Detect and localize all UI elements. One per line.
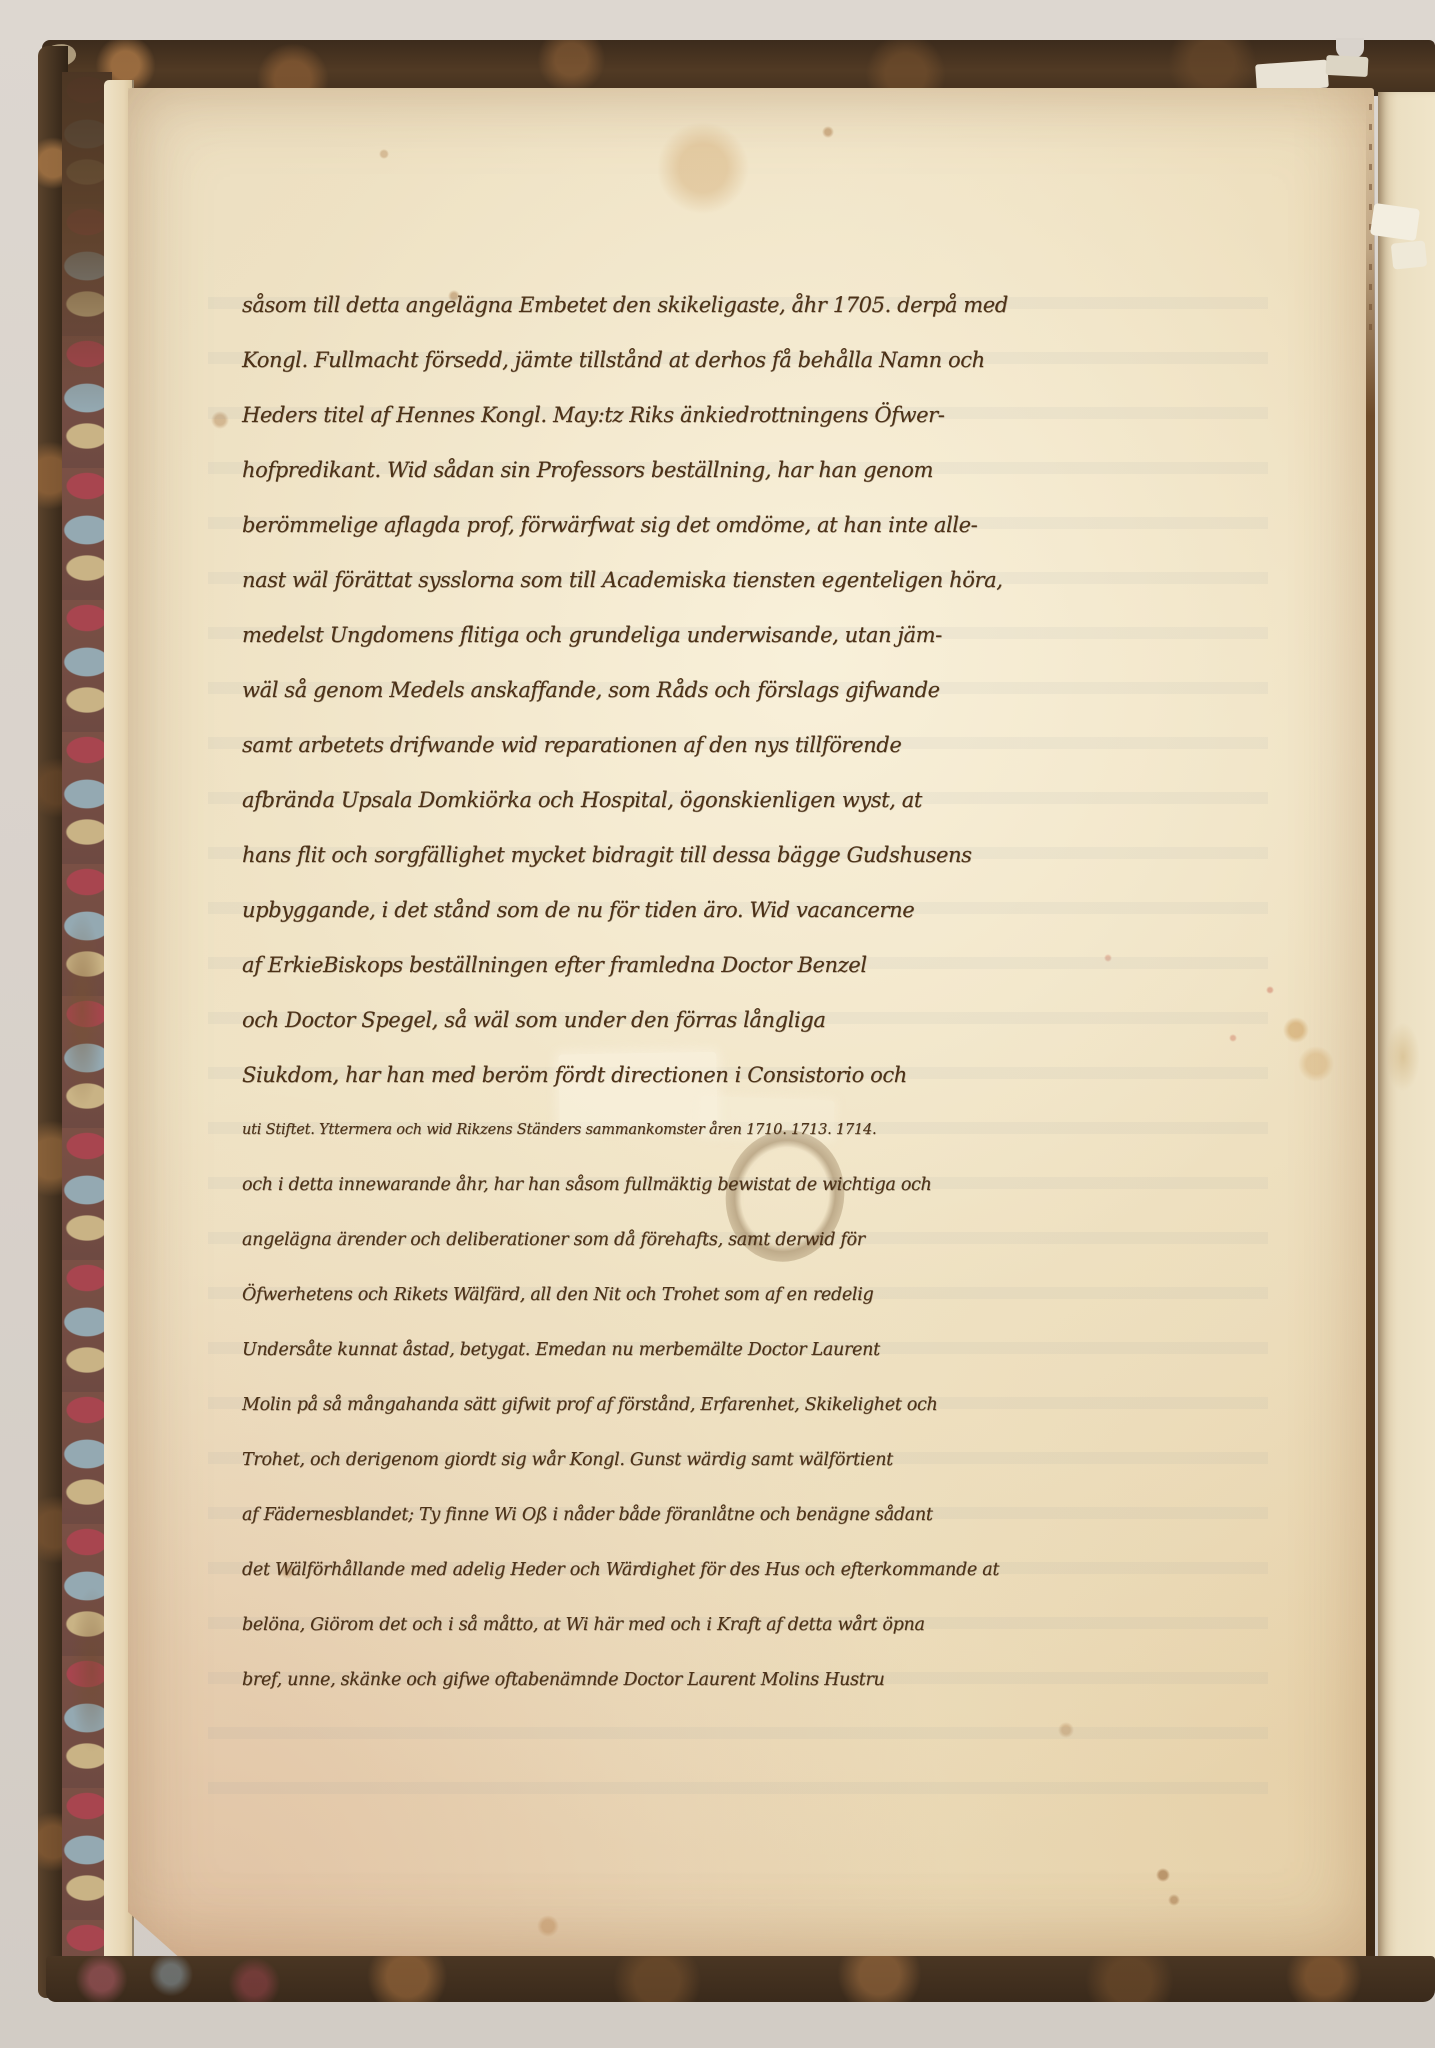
manuscript-page: såsom till detta angelägna Embetet den s… [128, 88, 1374, 1960]
paper-chip [1326, 55, 1369, 77]
gutter-crease [1366, 96, 1375, 1960]
manuscript-line: berömmelige aflagda prof, förwärfwat sig… [242, 498, 1014, 553]
paper-chip [1255, 60, 1329, 93]
manuscript-line: uti Stiftet. Yttermera och wid Rikzens S… [242, 1103, 1014, 1158]
scanned-manuscript-page: såsom till detta angelägna Embetet den s… [0, 0, 1435, 2048]
manuscript-line: Trohet, och derigenom giordt sig wår Kon… [242, 1433, 1014, 1488]
manuscript-line: medelst Ungdomens flitiga och grundeliga… [242, 608, 1014, 663]
book-bottom-cover-edge [46, 1956, 1435, 2002]
manuscript-line: angelägna ärender och deliberationer som… [242, 1213, 1014, 1268]
manuscript-line: Öfwerhetens och Rikets Wälfärd, all den … [242, 1268, 1014, 1323]
manuscript-line: af Fädernesblandet; Ty finne Wi Oß i nåd… [242, 1488, 1014, 1543]
manuscript-line: belöna, Giörom det och i så måtto, at Wi… [242, 1598, 1014, 1653]
manuscript-line: wäl så genom Medels anskaffande, som Råd… [242, 663, 1014, 718]
manuscript-line: Molin på så mångahanda sätt gifwit prof … [242, 1378, 1014, 1433]
manuscript-line: såsom till detta angelägna Embetet den s… [242, 278, 1014, 333]
manuscript-line: bref, unne, skänke och gifwe oftabenämnd… [242, 1653, 1014, 1708]
manuscript-line: Kongl. Fullmacht försedd, jämte tillstån… [242, 333, 1014, 388]
book-top-cover-edge [42, 40, 1435, 96]
manuscript-line: det Wälförhållande med adelig Heder och … [242, 1543, 1014, 1598]
manuscript-line: afbrända Upsala Domkiörka och Hospital, … [242, 773, 1014, 828]
manuscript-line: af ErkieBiskops beställningen efter fram… [242, 938, 1014, 993]
manuscript-line: hofpredikant. Wid sådan sin Professors b… [242, 443, 1014, 498]
gutter-stitch-marks [1369, 100, 1372, 330]
facing-page-edge [1378, 92, 1435, 1960]
manuscript-line: och i detta innewarande åhr, har han sås… [242, 1158, 1014, 1213]
manuscript-line: hans flit och sorgfällighet mycket bidra… [242, 828, 1014, 883]
manuscript-line: och Doctor Spegel, så wäl som under den … [242, 993, 1014, 1048]
manuscript-line: nast wäl förättat sysslorna som till Aca… [242, 553, 1014, 608]
handwritten-text-block: såsom till detta angelägna Embetet den s… [242, 278, 1014, 1708]
manuscript-line: Undersåte kunnat åstad, betygat. Emedan … [242, 1323, 1014, 1378]
manuscript-line: Siukdom, har han med beröm fördt directi… [242, 1048, 1014, 1103]
manuscript-line: upbyggande, i det stånd som de nu för ti… [242, 883, 1014, 938]
paper-chip [1370, 203, 1420, 241]
manuscript-line: Heders titel af Hennes Kongl. May:tz Rik… [242, 388, 1014, 443]
manuscript-line: samt arbetets drifwande wid reparationen… [242, 718, 1014, 773]
paper-chip [1391, 240, 1428, 269]
